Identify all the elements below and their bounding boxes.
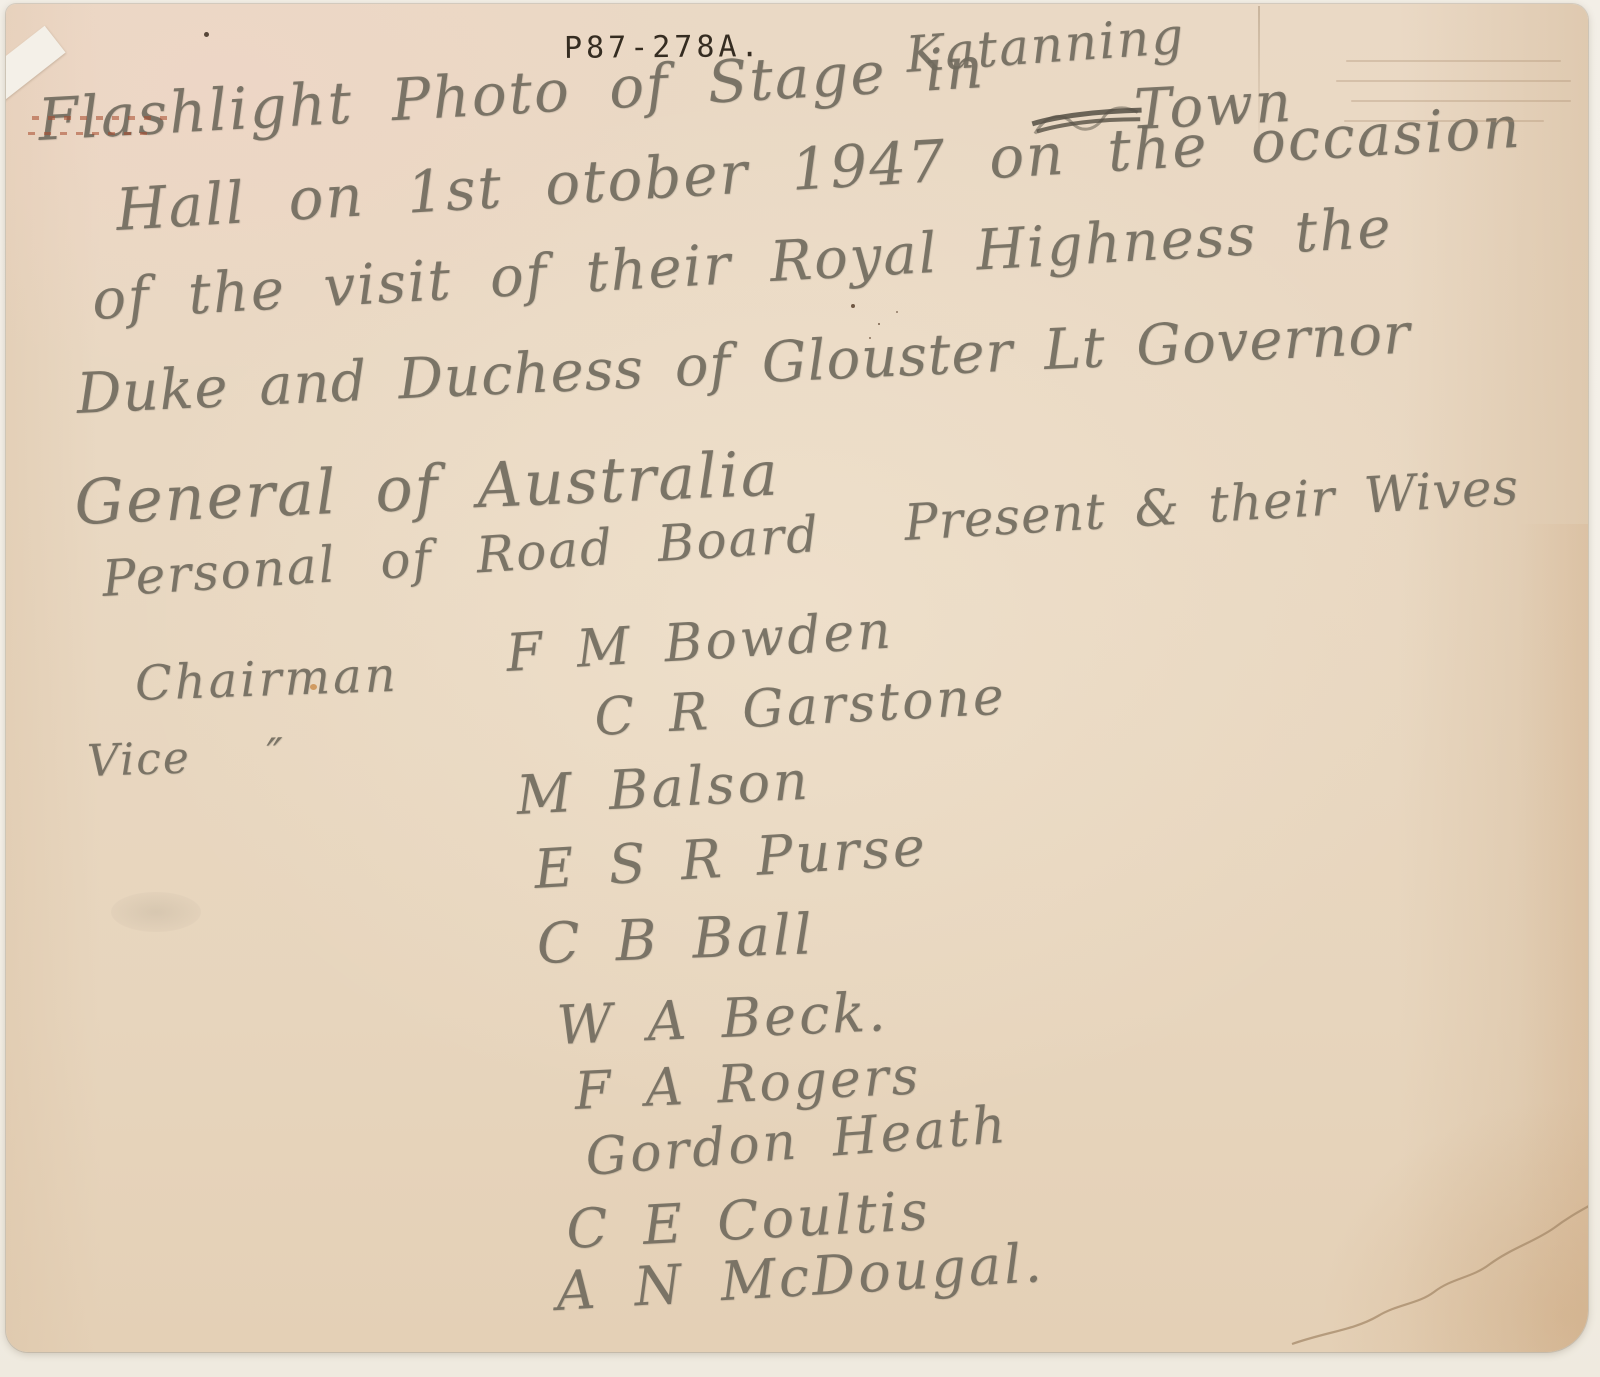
ink-specks xyxy=(851,304,855,308)
red-edge-mark xyxy=(28,132,148,135)
name-entry: E S R Purse xyxy=(532,815,929,901)
scan-streak xyxy=(1351,100,1571,102)
edge-stain-band xyxy=(1518,524,1588,1352)
role-chairman: Chairman xyxy=(134,647,399,712)
name-entry: C B Ball xyxy=(536,902,816,977)
scan-streak xyxy=(1344,120,1544,122)
scan-streak xyxy=(1346,60,1561,62)
handwriting-line-6-right: Present & their Wives xyxy=(903,458,1521,552)
photo-card-back: P87-278A. Katanning Flashlight Photo of … xyxy=(6,4,1588,1352)
name-entry: F M Bowden xyxy=(504,600,895,684)
scan-background: P87-278A. Katanning Flashlight Photo of … xyxy=(0,0,1600,1377)
name-entry: M Balson xyxy=(515,749,813,827)
role-vice-chairman: Vice ″ xyxy=(86,729,286,787)
pencil-smudge xyxy=(111,892,201,932)
name-entry: C R Garstone xyxy=(593,666,1008,748)
paper-speck xyxy=(204,32,209,37)
scan-streak xyxy=(1336,80,1571,82)
red-edge-mark xyxy=(32,116,172,120)
paper-speck xyxy=(310,684,317,690)
vertical-crease xyxy=(1258,6,1260,152)
name-entry: W A Beck. xyxy=(555,980,889,1057)
